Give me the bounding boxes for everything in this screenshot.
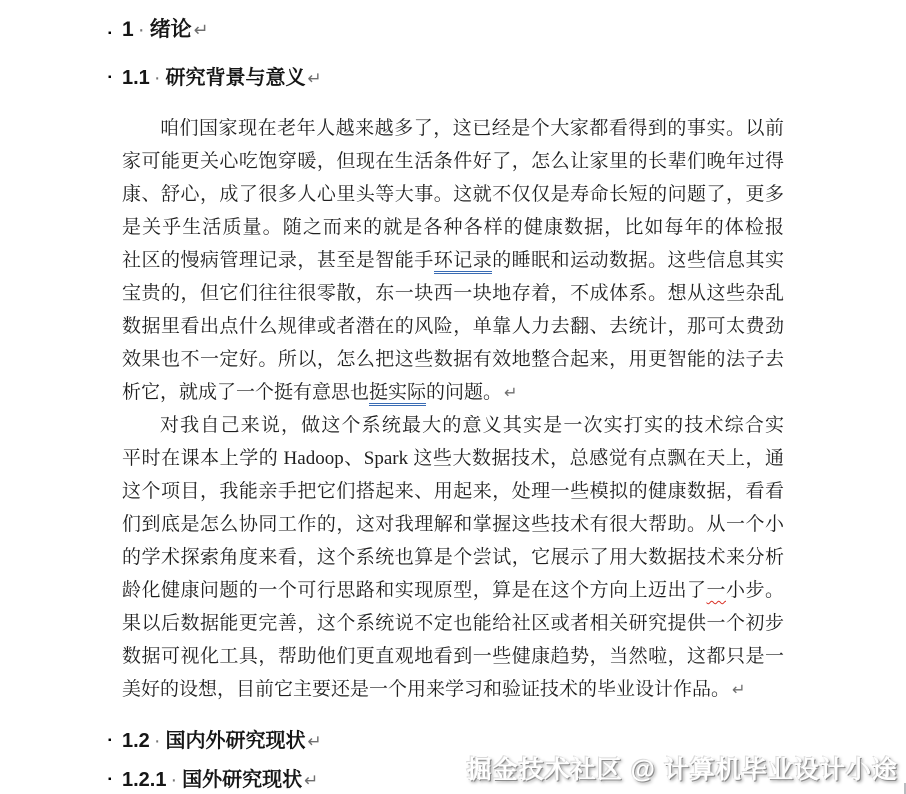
paragraph-line: 咱们国家现在老年人越来越多了，这已经是个大家都看得到的事实。以前大 — [122, 112, 784, 145]
text-run: 析它，就成了一个挺有意思也 — [122, 382, 369, 403]
paragraph-line: 数据可视化工具，帮助他们更直观地看到一些健康趋势，当然啦，这都只是一个 — [122, 640, 784, 673]
paragraph-line: 对我自己来说，做这个系统最大的意义其实是一次实打实的技术综合实践。 — [122, 409, 784, 442]
blue-double-underlined-text: 环记录 — [434, 250, 492, 274]
paragraph-2: 对我自己来说，做这个系统最大的意义其实是一次实打实的技术综合实践。平时在课本上学… — [122, 409, 784, 706]
text-run: 宝贵的，但它们往往很零散，东一块西一块地存着，不成体系。想从这些杂乱的 — [122, 283, 784, 310]
heading-1: ▪1·绪论↵ — [122, 16, 784, 45]
heading-bullet-icon: ▪ — [108, 728, 112, 754]
text-run: 果以后数据能更完善，这个系统说不定也能给社区或者相关研究提供一个初步的 — [122, 613, 784, 640]
text-run: 们到底是怎么协同工作的，这对我理解和掌握这些技术有很大帮助。从一个小小 — [122, 514, 784, 541]
text-run: 的问题。 — [426, 382, 502, 403]
paragraph-line: 美好的设想，目前它主要还是一个用来学习和验证技术的毕业设计作品。↵ — [122, 673, 784, 706]
paragraph-line: 的学术探索角度来看，这个系统也算是个尝试，它展示了用大数据技术来分析老 — [122, 541, 784, 574]
paragraph-line: 社区的慢病管理记录，甚至是智能手环记录的睡眠和运动数据。这些信息其实挺 — [122, 244, 784, 277]
paragraph-mark-icon: ↵ — [307, 732, 321, 752]
watermark: 掘金技术社区 @ 计算机毕业设计小途 — [467, 750, 898, 786]
space-mark: · — [138, 18, 145, 41]
text-run: 数据里看出点什么规律或者潜在的风险，单靠人力去翻、去统计，那可太费劲了， — [122, 316, 784, 343]
paragraph-line: 家可能更关心吃饱穿暖，但现在生活条件好了，怎么让家里的长辈们晚年过得健 — [122, 145, 784, 178]
text-run: 这个项目，我能亲手把它们搭起来、用起来，处理一些模拟的健康数据，看看它 — [122, 481, 784, 508]
text-run: 效果也不一定好。所以，怎么把这些数据有效地整合起来，用更智能的法子去分 — [122, 349, 784, 376]
paragraph-mark-icon: ↵ — [732, 680, 746, 699]
paragraph-line: 数据里看出点什么规律或者潜在的风险，单靠人力去翻、去统计，那可太费劲了， — [122, 310, 784, 343]
paragraph-line: 平时在课本上学的 Hadoop、Spark 这些大数据技术，总感觉有点飘在天上，… — [122, 442, 784, 475]
space-mark: · — [170, 769, 177, 791]
paragraph-line: 龄化健康问题的一个可行思路和实现原型，算是在这个方向上迈出了一小步。如 — [122, 574, 784, 607]
text-run: 咱们国家现在老年人越来越多了，这已经是个大家都看得到的事实。以前大 — [122, 118, 784, 145]
paragraph-line: 果以后数据能更完善，这个系统说不定也能给社区或者相关研究提供一个初步的 — [122, 607, 784, 640]
text-run: 美好的设想，目前它主要还是一个用来学习和验证技术的毕业设计作品。 — [122, 679, 730, 700]
heading-1-label: 绪论 — [150, 18, 192, 41]
heading-bullet-icon: ▪ — [108, 767, 112, 793]
paragraph-1: 咱们国家现在老年人越来越多了，这已经是个大家都看得到的事实。以前大家可能更关心吃… — [122, 112, 784, 409]
heading-1-1: ▪1.1·研究背景与意义↵ — [122, 65, 784, 92]
blue-double-underlined-text: 挺实际 — [369, 382, 426, 406]
heading-1-1-label: 研究背景与意义 — [165, 67, 305, 89]
text-run: 数据可视化工具，帮助他们更直观地看到一些健康趋势，当然啦，这都只是一个 — [122, 646, 784, 673]
text-run: 的学术探索角度来看，这个系统也算是个尝试，它展示了用大数据技术来分析老 — [122, 547, 784, 574]
heading-1-1-number: 1.1 — [122, 67, 150, 89]
paragraph-mark-icon: ↵ — [194, 20, 209, 41]
text-run: 平时在课本上学的 Hadoop、Spark 这些大数据技术，总感觉有点飘在天上，… — [122, 448, 784, 475]
text-run: 家可能更关心吃饱穿暖，但现在生活条件好了，怎么让家里的长辈们晚年过得健 — [122, 151, 784, 178]
paragraph-line: 析它，就成了一个挺有意思也挺实际的问题。↵ — [122, 376, 784, 409]
heading-1-2-number: 1.2 — [122, 730, 150, 752]
heading-1-2-label: 国内外研究现状 — [165, 730, 305, 752]
text-run: 对我自己来说，做这个系统最大的意义其实是一次实打实的技术综合实践。 — [122, 415, 784, 442]
document-content: ▪1·绪论↵ ▪1.1·研究背景与意义↵ 咱们国家现在老年人越来越多了，这已经是… — [122, 16, 784, 794]
document-page: ▪1·绪论↵ ▪1.1·研究背景与意义↵ 咱们国家现在老年人越来越多了，这已经是… — [0, 0, 906, 794]
red-wavy-underlined-text: 一 — [707, 580, 726, 601]
paragraph-mark-icon: ↵ — [307, 69, 321, 89]
paragraph-line: 效果也不一定好。所以，怎么把这些数据有效地整合起来，用更智能的法子去分 — [122, 343, 784, 376]
paragraph-mark-icon: ↵ — [504, 383, 518, 402]
space-mark: · — [154, 67, 161, 89]
paragraph-line: 是关乎生活质量。随之而来的就是各种各样的健康数据，比如每年的体检报告、 — [122, 211, 784, 244]
paragraph-line: 这个项目，我能亲手把它们搭起来、用起来，处理一些模拟的健康数据，看看它 — [122, 475, 784, 508]
heading-1-number: 1 — [122, 18, 134, 41]
paragraph-line: 康、舒心，成了很多人心里头等大事。这就不仅仅是寿命长短的问题了，更多的 — [122, 178, 784, 211]
text-run: 社区的慢病管理记录，甚至是智能手 — [122, 250, 434, 271]
text-run: 是关乎生活质量。随之而来的就是各种各样的健康数据，比如每年的体检报告、 — [122, 217, 784, 244]
space-mark: · — [154, 730, 161, 752]
paragraph-line: 们到底是怎么协同工作的，这对我理解和掌握这些技术有很大帮助。从一个小小 — [122, 508, 784, 541]
heading-1-2-1-number: 1.2.1 — [122, 769, 166, 791]
heading-bullet-icon: ▪ — [108, 65, 112, 91]
paragraph-mark-icon: ↵ — [304, 771, 318, 791]
text-run: 康、舒心，成了很多人心里头等大事。这就不仅仅是寿命长短的问题了，更多的 — [122, 184, 784, 211]
paragraph-line: 宝贵的，但它们往往很零散，东一块西一块地存着，不成体系。想从这些杂乱的 — [122, 277, 784, 310]
text-run: 龄化健康问题的一个可行思路和实现原型，算是在这个方向上迈出了 — [122, 580, 707, 601]
heading-1-2-1-label: 国外研究现状 — [182, 769, 302, 791]
heading-bullet-icon: ▪ — [108, 20, 112, 48]
